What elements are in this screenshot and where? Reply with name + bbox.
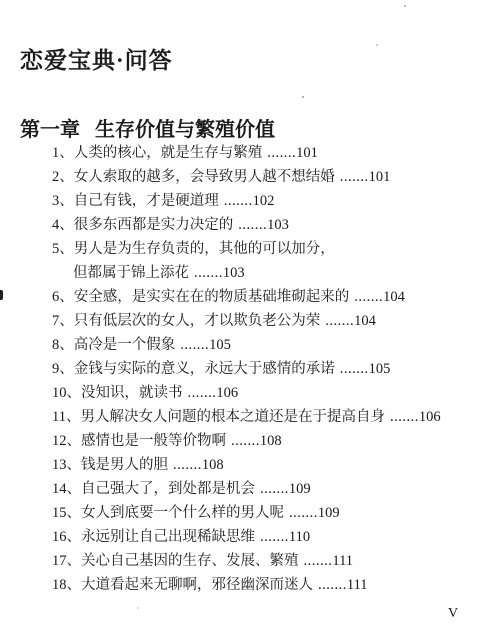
toc-entry-number: 5、 xyxy=(52,241,74,257)
toc-entry: 10、没知识，就读书.......106 xyxy=(52,381,467,405)
scan-speck xyxy=(137,607,139,609)
toc-entry-text: 很多东西都是实力决定的 xyxy=(74,217,234,233)
toc-entry-text: 永远别让自己出现稀缺思维 xyxy=(81,529,255,545)
toc-entry-text: 女人索取的越多，会导致男人越不想结婚 xyxy=(74,169,335,185)
book-title: 恋爱宝典·问答 xyxy=(20,42,173,75)
toc-entry-text: 钱是男人的胆 xyxy=(81,457,168,473)
toc-entry-number: 4、 xyxy=(52,217,74,233)
toc-entry-text: 自己强大了，到处都是机会 xyxy=(81,481,255,497)
toc-entry-page: 110 xyxy=(289,529,310,545)
toc-entry-continuation: 但都属于锦上添花.......103 xyxy=(52,261,467,285)
toc-entry: 13、钱是男人的胆.......108 xyxy=(52,453,467,477)
scan-edge-artifact xyxy=(0,290,3,300)
toc-entry-page: 102 xyxy=(253,193,275,209)
toc-entry-number: 18、 xyxy=(52,577,81,593)
toc-entry-number: 7、 xyxy=(52,313,74,329)
toc-entry-leader: ....... xyxy=(267,145,296,161)
folio-page-number: V xyxy=(448,606,459,622)
toc-entry-page: 105 xyxy=(209,337,231,353)
toc-entry-leader: ....... xyxy=(224,193,253,209)
toc-entry-text: 男人解决女人问题的根本之道还是在于提高自身 xyxy=(80,409,385,425)
toc-entry-number: 13、 xyxy=(52,457,81,473)
toc-entry-leader: ....... xyxy=(194,265,223,281)
toc-entry-page: 103 xyxy=(267,217,289,233)
toc-entry-page: 101 xyxy=(369,169,391,185)
chapter-label: 第一章 xyxy=(20,119,80,141)
scan-speck xyxy=(404,5,406,7)
toc-entry-page: 109 xyxy=(318,505,340,521)
toc-entry-text: 人类的核心，就是生存与繁殖 xyxy=(74,145,263,161)
toc-entry: 18、大道看起来无聊啊，邪径幽深而迷人.......111 xyxy=(52,573,467,597)
toc-entry: 7、只有低层次的女人，才以欺负老公为荣.......104 xyxy=(52,309,467,333)
toc-entry-page: 106 xyxy=(419,409,441,425)
toc-entry-number: 17、 xyxy=(52,553,81,569)
toc-entry-text: 关心自己基因的生存、发展、繁殖 xyxy=(81,553,299,569)
toc-entry: 15、女人到底要一个什么样的男人呢.......109 xyxy=(52,501,467,525)
toc-entry: 8、高冷是一个假象.......105 xyxy=(52,333,467,357)
toc-entry-leader: ....... xyxy=(354,289,383,305)
chapter-title: 生存价值与繁殖价值 xyxy=(95,119,275,141)
toc-entry: 1、人类的核心，就是生存与繁殖.......101 xyxy=(52,141,467,165)
toc-entry-number: 2、 xyxy=(52,169,74,185)
toc-entry-leader: ....... xyxy=(304,553,333,569)
toc-entry-number: 9、 xyxy=(52,361,74,377)
toc-entry-leader: ....... xyxy=(173,457,202,473)
toc-entry-text: 只有低层次的女人，才以欺负老公为荣 xyxy=(74,313,321,329)
toc-entry-leader: ....... xyxy=(260,481,289,497)
toc-entry-text: 高冷是一个假象 xyxy=(74,337,176,353)
toc-entry-leader: ....... xyxy=(231,433,260,449)
chapter-heading: 第一章生存价值与繁殖价值 xyxy=(20,113,275,142)
toc-entry-page: 109 xyxy=(289,481,311,497)
toc-entry-text: 感情也是一般等价物啊 xyxy=(81,433,226,449)
toc-entry-text: 大道看起来无聊啊，邪径幽深而迷人 xyxy=(81,577,313,593)
toc-entry-number: 11、 xyxy=(52,409,80,425)
toc-entry: 14、自己强大了，到处都是机会.......109 xyxy=(52,477,467,501)
toc-entry-number: 6、 xyxy=(52,289,74,305)
scan-speck xyxy=(302,96,304,98)
toc-entry-leader: ....... xyxy=(340,169,369,185)
toc-entry-text: 没知识，就读书 xyxy=(81,385,183,401)
toc-entry-leader: ....... xyxy=(188,385,217,401)
toc-entry-text: 但都属于锦上添花 xyxy=(73,265,189,281)
toc-entry-number: 10、 xyxy=(52,385,81,401)
toc-entry-leader: ....... xyxy=(340,361,369,377)
toc-entry-text: 金钱与实际的意义，永远大于感情的承诺 xyxy=(74,361,335,377)
toc-entry-leader: ....... xyxy=(238,217,267,233)
toc-entry: 2、女人索取的越多，会导致男人越不想结婚.......101 xyxy=(52,165,467,189)
toc-entry: 12、感情也是一般等价物啊.......108 xyxy=(52,429,467,453)
toc-entry-number: 15、 xyxy=(52,505,81,521)
toc-entry: 3、自己有钱，才是硬道理.......102 xyxy=(52,189,467,213)
toc-list: 1、人类的核心，就是生存与繁殖.......101 2、女人索取的越多，会导致男… xyxy=(52,141,467,597)
toc-entry-page: 111 xyxy=(332,553,353,569)
toc-entry-page: 108 xyxy=(260,433,282,449)
scan-speck xyxy=(376,44,378,46)
toc-entry-number: 8、 xyxy=(52,337,74,353)
toc-entry-text: 自己有钱，才是硬道理 xyxy=(74,193,219,209)
toc-entry-page: 104 xyxy=(383,289,405,305)
toc-entry: 17、关心自己基因的生存、发展、繁殖.......111 xyxy=(52,549,467,573)
toc-entry-number: 3、 xyxy=(52,193,74,209)
toc-entry-page: 106 xyxy=(216,385,238,401)
toc-entry-leader: ....... xyxy=(325,313,354,329)
toc-entry-number: 12、 xyxy=(52,433,81,449)
toc-entry: 9、金钱与实际的意义，永远大于感情的承诺.......105 xyxy=(52,357,467,381)
toc-entry-page: 101 xyxy=(296,145,318,161)
toc-entry-number: 14、 xyxy=(52,481,81,497)
toc-entry-number: 1、 xyxy=(52,145,74,161)
scanned-book-page: 恋爱宝典·问答 第一章生存价值与繁殖价值 1、人类的核心，就是生存与繁殖....… xyxy=(0,0,481,632)
toc-entry-text: 男人是为生存负责的，其他的可以加分， xyxy=(74,241,335,257)
toc-entry-page: 103 xyxy=(223,265,245,281)
toc-entry: 5、男人是为生存负责的，其他的可以加分， xyxy=(52,237,467,261)
toc-entry: 16、永远别让自己出现稀缺思维.......110 xyxy=(52,525,467,549)
toc-entry-page: 105 xyxy=(369,361,391,377)
toc-entry-page: 111 xyxy=(347,577,368,593)
toc-entry-text: 女人到底要一个什么样的男人呢 xyxy=(81,505,284,521)
toc-entry: 11、男人解决女人问题的根本之道还是在于提高自身.......106 xyxy=(52,405,467,429)
toc-entry: 6、安全感，是实实在在的物质基础堆砌起来的.......104 xyxy=(52,285,467,309)
toc-entry-leader: ....... xyxy=(318,577,347,593)
toc-entry-leader: ....... xyxy=(260,529,289,545)
toc-entry-leader: ....... xyxy=(289,505,318,521)
toc-entry-leader: ....... xyxy=(390,409,419,425)
toc-entry: 4、很多东西都是实力决定的.......103 xyxy=(52,213,467,237)
toc-entry-leader: ....... xyxy=(180,337,209,353)
toc-entry-page: 104 xyxy=(354,313,376,329)
toc-entry-page: 108 xyxy=(202,457,224,473)
toc-entry-number: 16、 xyxy=(52,529,81,545)
toc-entry-text: 安全感，是实实在在的物质基础堆砌起来的 xyxy=(74,289,350,305)
